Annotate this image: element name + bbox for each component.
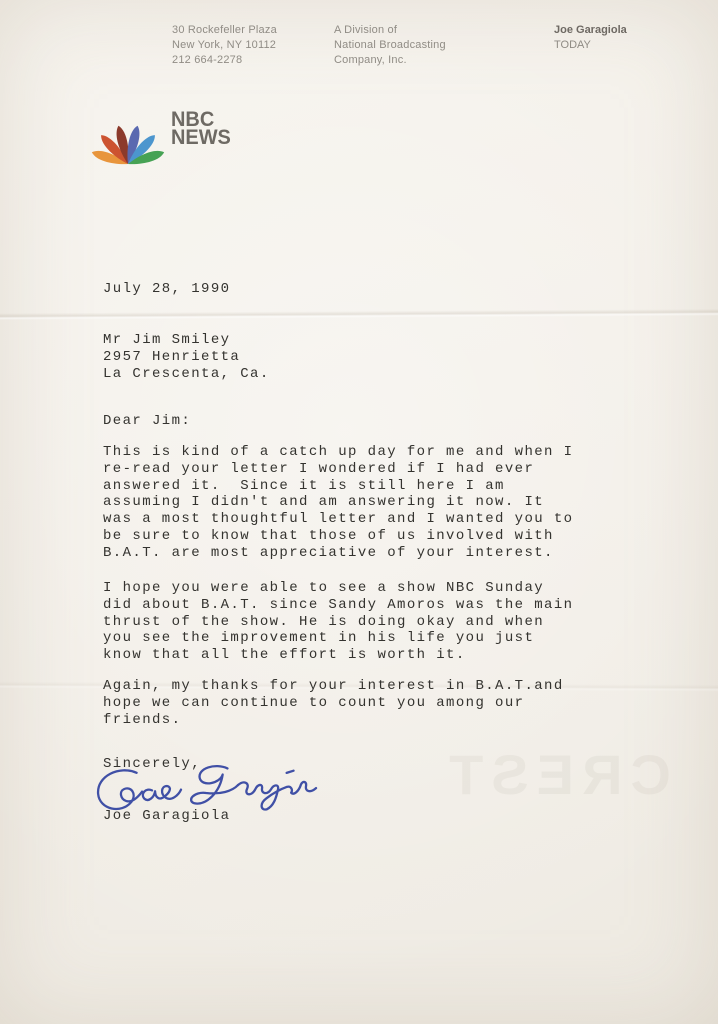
letterhead-address: 30 Rockefeller Plaza New York, NY 10112 …: [172, 23, 277, 68]
salutation: Dear Jim:: [103, 413, 191, 430]
letterhead-byline: Joe Garagiola TODAY: [554, 23, 627, 53]
signature-stroke: [190, 766, 238, 804]
scanned-letter-page: 30 Rockefeller Plaza New York, NY 10112 …: [0, 0, 718, 1024]
letterhead-person-name: Joe Garagiola: [554, 23, 627, 38]
recipient-address: Mr Jim Smiley 2957 Henrietta La Crescent…: [103, 332, 270, 382]
letter-date: July 28, 1990: [103, 281, 230, 298]
signature-stroke: [143, 786, 182, 800]
letterhead-division: A Division of National Broadcasting Comp…: [334, 23, 446, 68]
signature-stroke: [287, 771, 294, 773]
nbc-peacock-icon: [90, 104, 166, 167]
typed-signature-name: Joe Garagiola: [103, 808, 230, 825]
signature-stroke: [97, 770, 142, 810]
bleed-through-text: CREST: [402, 742, 710, 812]
body-paragraph-2: I hope you were able to see a show NBC S…: [103, 580, 573, 664]
body-paragraph-3: Again, my thanks for your interest in B.…: [103, 678, 564, 728]
body-paragraph-1: This is kind of a catch up day for me an…: [103, 444, 573, 562]
nbc-news-logotype: NBC NEWS: [171, 111, 231, 147]
letterhead-show-name: TODAY: [554, 38, 627, 53]
signature-stroke: [238, 781, 317, 811]
fold-crease-upper: [0, 309, 718, 320]
